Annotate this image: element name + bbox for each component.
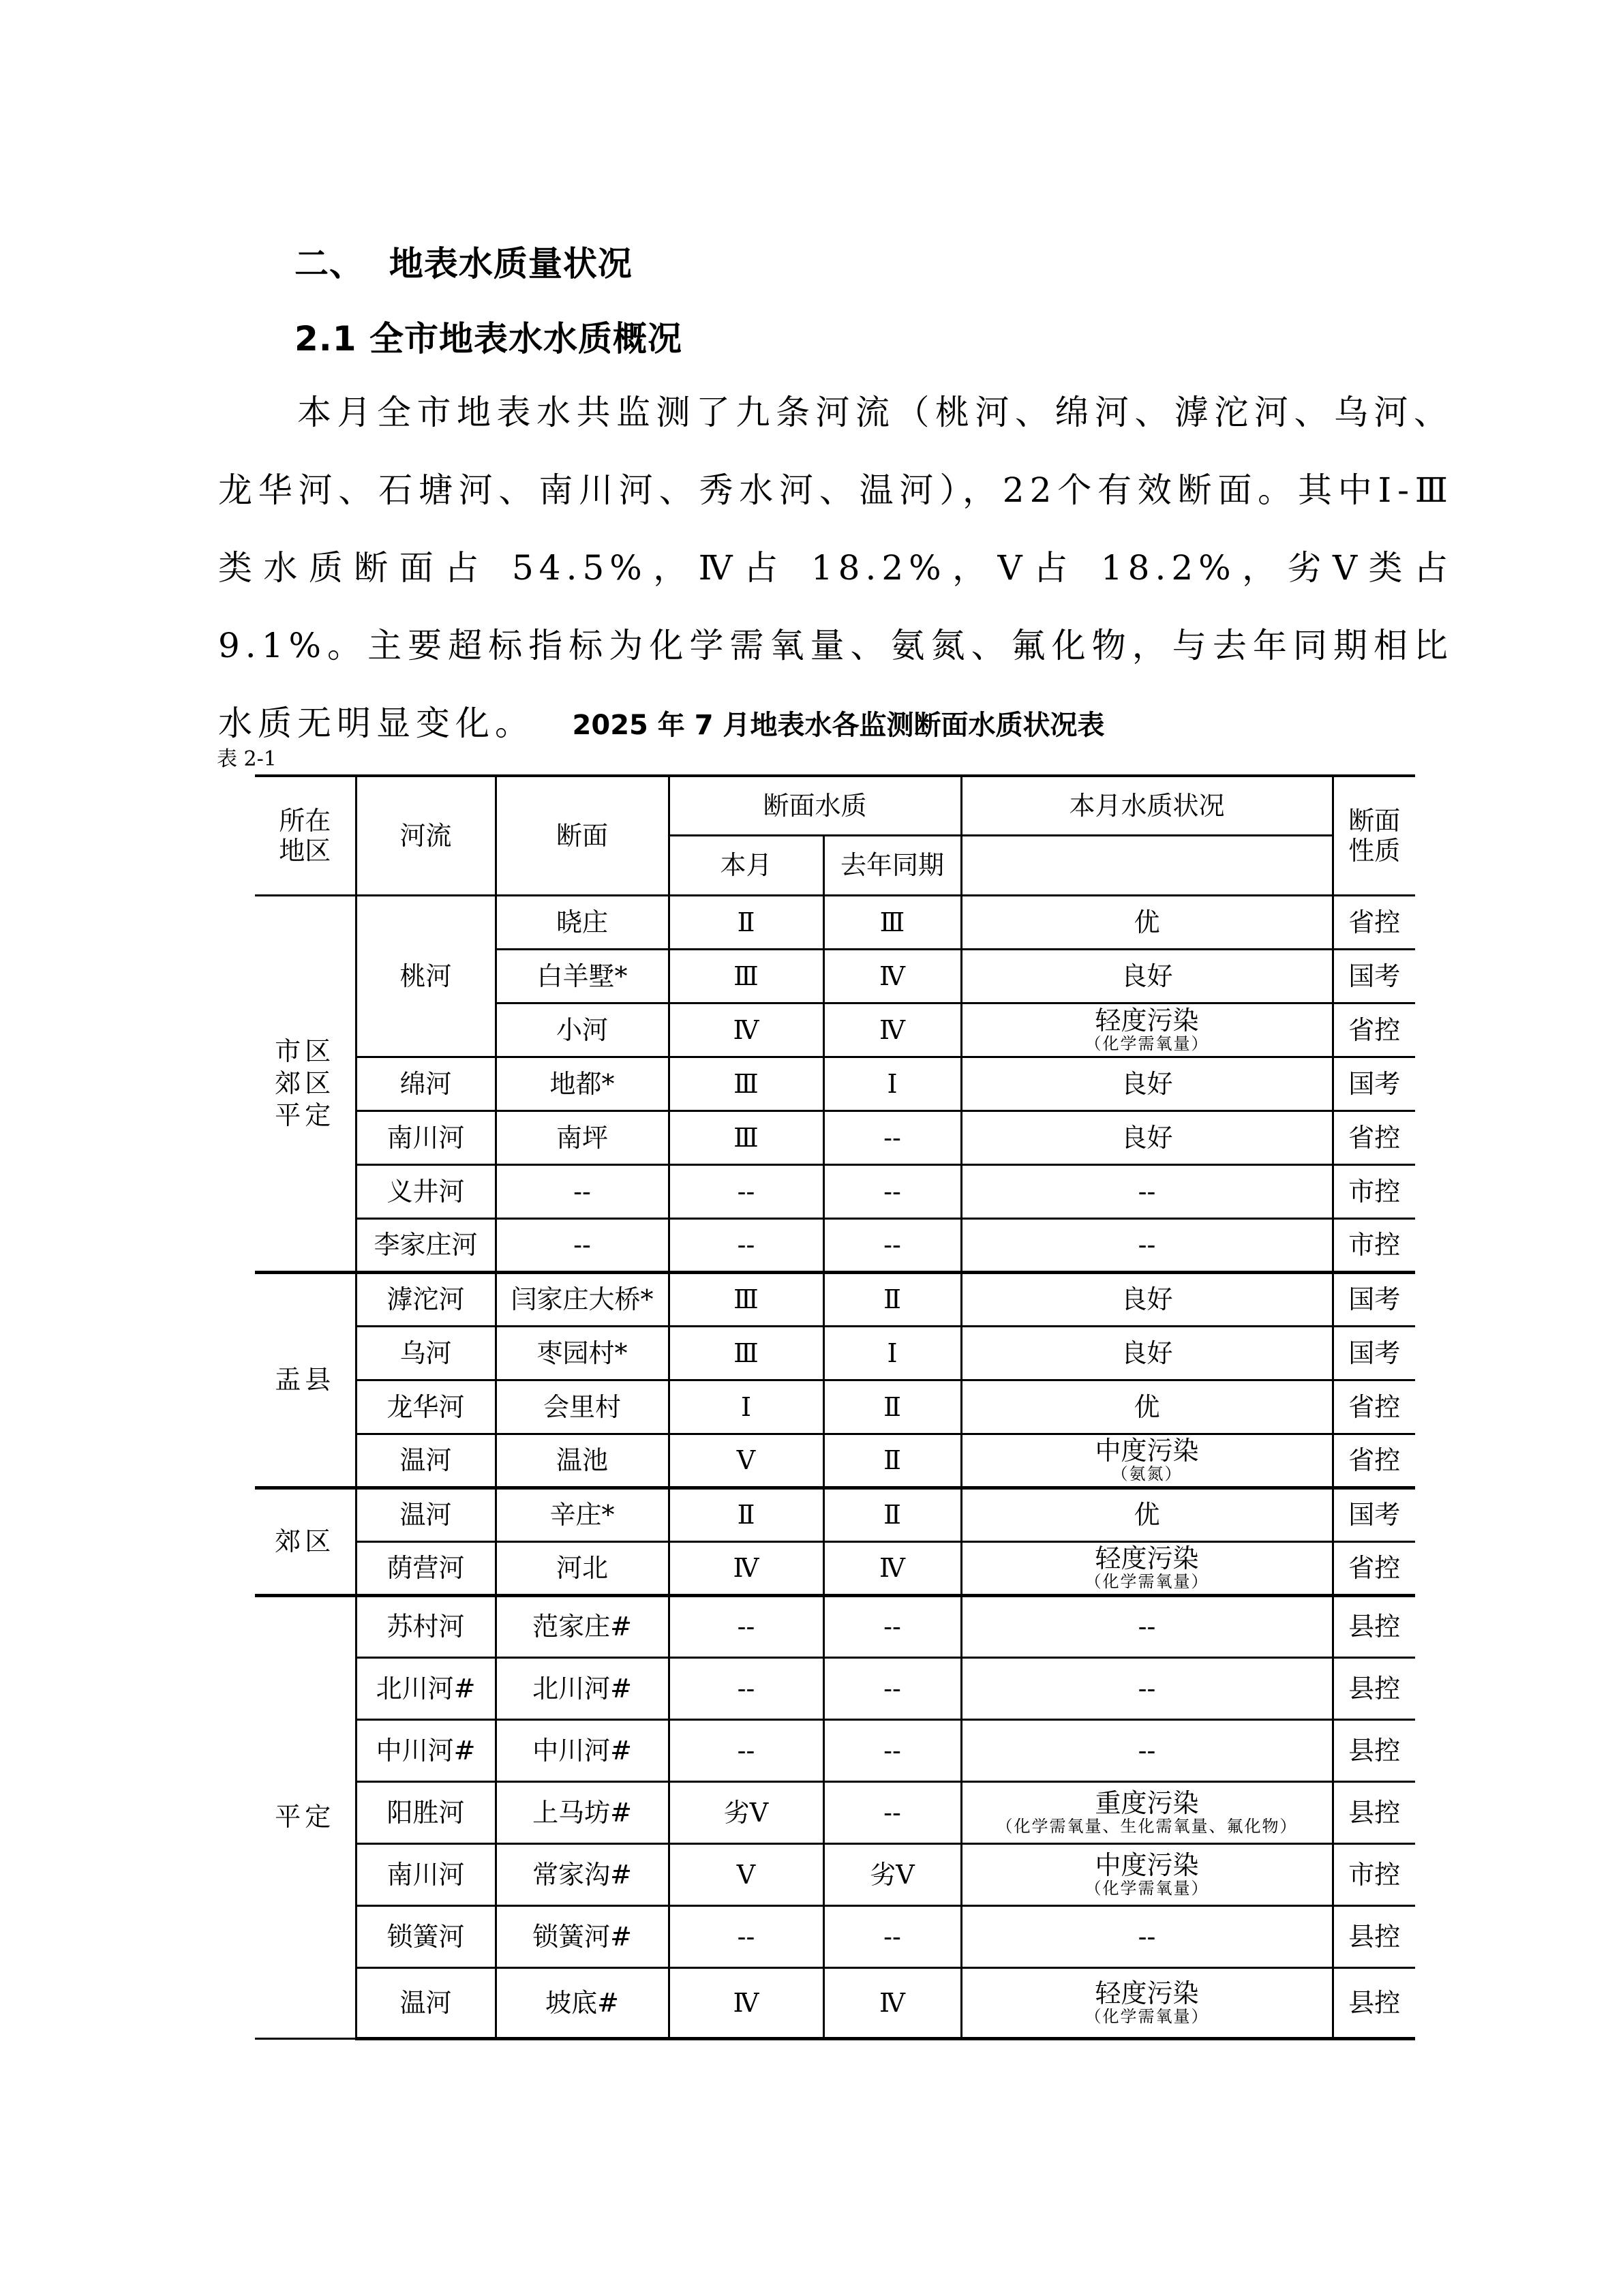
header-row-1: 所在地区 河流 断面 断面水质 本月水质状况 断面性质 bbox=[255, 776, 1415, 835]
pollutant-note: （化学需氧量、生化需氧量、氟化物） bbox=[962, 1817, 1332, 1836]
river-cell: 乌河 bbox=[356, 1326, 496, 1380]
last-year-cell: -- bbox=[823, 1905, 961, 1967]
table-row: 南川河 南坪 Ⅲ -- 良好 省控 bbox=[255, 1111, 1415, 1164]
section-cell: 北川河# bbox=[496, 1657, 669, 1719]
table-row: 绵河 地都* Ⅲ Ⅰ 良好 国考 bbox=[255, 1057, 1415, 1111]
header-last-year: 去年同期 bbox=[823, 835, 961, 895]
table-row: 北川河# 北川河# -- -- -- 县控 bbox=[255, 1657, 1415, 1719]
section-cell: 辛庄* bbox=[496, 1487, 669, 1541]
table-row: 平定 苏村河 范家庄# -- -- -- 县控 bbox=[255, 1595, 1415, 1657]
last-year-cell: -- bbox=[823, 1781, 961, 1843]
nature-cell: 国考 bbox=[1333, 949, 1415, 1003]
nature-cell: 县控 bbox=[1333, 1905, 1415, 1967]
this-month-cell: -- bbox=[669, 1164, 823, 1218]
river-cell: 锁簧河 bbox=[356, 1905, 496, 1967]
section-cell: 南坪 bbox=[496, 1111, 669, 1164]
this-month-cell: Ⅴ bbox=[669, 1434, 823, 1487]
nature-cell: 省控 bbox=[1333, 1003, 1415, 1057]
river-cell: 南川河 bbox=[356, 1843, 496, 1905]
last-year-cell: Ⅳ bbox=[823, 1967, 961, 2038]
status-cell: 轻度污染（化学需氧量） bbox=[961, 1003, 1333, 1057]
last-year-cell: Ⅱ bbox=[823, 1272, 961, 1326]
table-row: 龙华河 会里村 Ⅰ Ⅱ 优 省控 bbox=[255, 1380, 1415, 1434]
subsection-heading: 2.1 全市地表水水质概况 bbox=[294, 315, 682, 363]
last-year-cell: Ⅱ bbox=[823, 1487, 961, 1541]
table-row: 温河 温池 Ⅴ Ⅱ 中度污染（氨氮） 省控 bbox=[255, 1434, 1415, 1487]
header-status-blank bbox=[961, 835, 1333, 895]
pollutant-note: （化学需氧量） bbox=[962, 1572, 1332, 1591]
status-cell: 优 bbox=[961, 1380, 1333, 1434]
region-line: 市区 bbox=[275, 1036, 335, 1066]
header-section: 断面 bbox=[496, 776, 669, 895]
status-cell: -- bbox=[961, 1595, 1333, 1657]
last-year-cell: -- bbox=[823, 1111, 961, 1164]
nature-cell: 省控 bbox=[1333, 1541, 1415, 1595]
river-cell: 荫营河 bbox=[356, 1541, 496, 1595]
this-month-cell: Ⅱ bbox=[669, 895, 823, 949]
river-cell: 阳胜河 bbox=[356, 1781, 496, 1843]
status-cell: 优 bbox=[961, 1487, 1333, 1541]
river-cell: 李家庄河 bbox=[356, 1218, 496, 1272]
this-month-cell: Ⅲ bbox=[669, 1111, 823, 1164]
status-cell: 中度污染（化学需氧量） bbox=[961, 1843, 1333, 1905]
nature-cell: 省控 bbox=[1333, 1434, 1415, 1487]
table-number-label: 表 2-1 bbox=[217, 746, 277, 773]
header-this-month: 本月 bbox=[669, 835, 823, 895]
nature-cell: 省控 bbox=[1333, 1111, 1415, 1164]
region-line: 郊区 bbox=[275, 1526, 335, 1558]
header-nature-line2: 性质 bbox=[1348, 836, 1400, 866]
last-year-cell: -- bbox=[823, 1595, 961, 1657]
pollutant-note: （化学需氧量） bbox=[962, 2007, 1332, 2026]
header-status: 本月水质状况 bbox=[961, 776, 1333, 835]
nature-cell: 县控 bbox=[1333, 1657, 1415, 1719]
river-cell: 滹沱河 bbox=[356, 1272, 496, 1326]
nature-cell: 市控 bbox=[1333, 1164, 1415, 1218]
section-cell: 锁簧河# bbox=[496, 1905, 669, 1967]
section-cell: 上马坊# bbox=[496, 1781, 669, 1843]
section-cell: -- bbox=[496, 1218, 669, 1272]
river-cell: 绵河 bbox=[356, 1057, 496, 1111]
table-row: 义井河 -- -- -- -- 市控 bbox=[255, 1164, 1415, 1218]
nature-cell: 国考 bbox=[1333, 1487, 1415, 1541]
river-cell: 北川河# bbox=[356, 1657, 496, 1719]
this-month-cell: -- bbox=[669, 1905, 823, 1967]
river-cell: 桃河 bbox=[356, 895, 496, 1057]
table-row: 市区郊区平定 桃河 晓庄 Ⅱ Ⅲ 优 省控 bbox=[255, 895, 1415, 949]
last-year-cell: Ⅰ bbox=[823, 1057, 961, 1111]
region-line: 郊区 bbox=[275, 1068, 335, 1098]
river-cell: 温河 bbox=[356, 1487, 496, 1541]
river-cell: 中川河# bbox=[356, 1719, 496, 1781]
summary-paragraph: 本月全市地表水共监测了九条河流（桃河、绵河、滹沱河、乌河、龙华河、石塘河、南川河… bbox=[218, 374, 1453, 762]
this-month-cell: Ⅲ bbox=[669, 1272, 823, 1326]
section-cell: 白羊墅* bbox=[496, 949, 669, 1003]
section-cell: 小河 bbox=[496, 1003, 669, 1057]
last-year-cell: Ⅳ bbox=[823, 1541, 961, 1595]
nature-cell: 县控 bbox=[1333, 1595, 1415, 1657]
table-row: 乌河 枣园村* Ⅲ Ⅰ 良好 国考 bbox=[255, 1326, 1415, 1380]
table-row: 李家庄河 -- -- -- -- 市控 bbox=[255, 1218, 1415, 1272]
table-row: 荫营河 河北 Ⅳ Ⅳ 轻度污染（化学需氧量） 省控 bbox=[255, 1541, 1415, 1595]
last-year-cell: 劣Ⅴ bbox=[823, 1843, 961, 1905]
last-year-cell: Ⅱ bbox=[823, 1380, 961, 1434]
status-cell: -- bbox=[961, 1905, 1333, 1967]
section-cell: 闫家庄大桥* bbox=[496, 1272, 669, 1326]
region-line: 平定 bbox=[275, 1801, 335, 1833]
this-month-cell: Ⅲ bbox=[669, 1326, 823, 1380]
pollutant-note: （化学需氧量） bbox=[962, 1034, 1332, 1053]
river-cell: 温河 bbox=[356, 1434, 496, 1487]
status-cell: -- bbox=[961, 1218, 1333, 1272]
river-cell: 龙华河 bbox=[356, 1380, 496, 1434]
nature-cell: 省控 bbox=[1333, 895, 1415, 949]
this-month-cell: Ⅲ bbox=[669, 1057, 823, 1111]
nature-cell: 国考 bbox=[1333, 1326, 1415, 1380]
status-cell: 优 bbox=[961, 895, 1333, 949]
last-year-cell: Ⅰ bbox=[823, 1326, 961, 1380]
this-month-cell: Ⅱ bbox=[669, 1487, 823, 1541]
this-month-cell: 劣Ⅴ bbox=[669, 1781, 823, 1843]
header-river: 河流 bbox=[356, 776, 496, 895]
region-cell: 盂县 bbox=[255, 1272, 356, 1487]
this-month-cell: -- bbox=[669, 1657, 823, 1719]
table-row: 阳胜河 上马坊# 劣Ⅴ -- 重度污染（化学需氧量、生化需氧量、氟化物） 县控 bbox=[255, 1781, 1415, 1843]
this-month-cell: -- bbox=[669, 1595, 823, 1657]
this-month-cell: Ⅰ bbox=[669, 1380, 823, 1434]
region-cell: 市区郊区平定 bbox=[255, 895, 356, 1272]
this-month-cell: Ⅲ bbox=[669, 949, 823, 1003]
header-region-line2: 地区 bbox=[279, 836, 331, 866]
water-quality-table: 所在地区 河流 断面 断面水质 本月水质状况 断面性质 本月 去年同期 市区郊区… bbox=[255, 774, 1415, 2040]
this-month-cell: -- bbox=[669, 1719, 823, 1781]
table-row: 温河 坡底# Ⅳ Ⅳ 轻度污染（化学需氧量） 县控 bbox=[255, 1967, 1415, 2038]
nature-cell: 县控 bbox=[1333, 1781, 1415, 1843]
status-text: 轻度污染 bbox=[962, 1007, 1332, 1034]
last-year-cell: -- bbox=[823, 1164, 961, 1218]
header-region: 所在地区 bbox=[255, 776, 356, 895]
section-cell: 地都* bbox=[496, 1057, 669, 1111]
status-text: 轻度污染 bbox=[962, 1980, 1332, 2007]
status-text: 中度污染 bbox=[962, 1852, 1332, 1879]
last-year-cell: Ⅱ bbox=[823, 1434, 961, 1487]
last-year-cell: Ⅲ bbox=[823, 895, 961, 949]
status-cell: 中度污染（氨氮） bbox=[961, 1434, 1333, 1487]
region-line: 平定 bbox=[275, 1100, 335, 1130]
table-row: 锁簧河 锁簧河# -- -- -- 县控 bbox=[255, 1905, 1415, 1967]
last-year-cell: Ⅳ bbox=[823, 949, 961, 1003]
last-year-cell: -- bbox=[823, 1218, 961, 1272]
river-cell: 义井河 bbox=[356, 1164, 496, 1218]
status-cell: -- bbox=[961, 1164, 1333, 1218]
pollutant-note: （化学需氧量） bbox=[962, 1879, 1332, 1898]
header-nature: 断面性质 bbox=[1333, 776, 1415, 895]
nature-cell: 市控 bbox=[1333, 1843, 1415, 1905]
section-heading: 二、 地表水质量状况 bbox=[294, 240, 633, 288]
region-cell: 郊区 bbox=[255, 1487, 356, 1595]
nature-cell: 县控 bbox=[1333, 1967, 1415, 2038]
last-year-cell: -- bbox=[823, 1657, 961, 1719]
table-row: 南川河 常家沟# Ⅴ 劣Ⅴ 中度污染（化学需氧量） 市控 bbox=[255, 1843, 1415, 1905]
table-row: 郊区 温河 辛庄* Ⅱ Ⅱ 优 国考 bbox=[255, 1487, 1415, 1541]
status-text: 中度污染 bbox=[962, 1437, 1332, 1464]
last-year-cell: -- bbox=[823, 1719, 961, 1781]
header-nature-line1: 断面 bbox=[1348, 806, 1400, 836]
section-cell: 坡底# bbox=[496, 1967, 669, 2038]
river-cell: 南川河 bbox=[356, 1111, 496, 1164]
nature-cell: 省控 bbox=[1333, 1380, 1415, 1434]
section-cell: 晓庄 bbox=[496, 895, 669, 949]
pollutant-note: （氨氮） bbox=[962, 1464, 1332, 1483]
river-cell: 苏村河 bbox=[356, 1595, 496, 1657]
status-cell: 重度污染（化学需氧量、生化需氧量、氟化物） bbox=[961, 1781, 1333, 1843]
status-cell: 良好 bbox=[961, 1272, 1333, 1326]
status-cell: -- bbox=[961, 1657, 1333, 1719]
status-cell: 良好 bbox=[961, 1326, 1333, 1380]
region-cell: 平定 bbox=[255, 1595, 356, 2038]
status-text: 重度污染 bbox=[962, 1789, 1332, 1817]
this-month-cell: Ⅳ bbox=[669, 1967, 823, 2038]
section-cell: 温池 bbox=[496, 1434, 669, 1487]
section-cell: 中川河# bbox=[496, 1719, 669, 1781]
region-line: 盂县 bbox=[275, 1364, 335, 1396]
header-region-line1: 所在 bbox=[279, 806, 331, 836]
status-cell: 良好 bbox=[961, 1057, 1333, 1111]
nature-cell: 县控 bbox=[1333, 1719, 1415, 1781]
table-row: 盂县 滹沱河 闫家庄大桥* Ⅲ Ⅱ 良好 国考 bbox=[255, 1272, 1415, 1326]
status-text: 轻度污染 bbox=[962, 1545, 1332, 1572]
status-cell: 良好 bbox=[961, 949, 1333, 1003]
status-cell: 轻度污染（化学需氧量） bbox=[961, 1541, 1333, 1595]
this-month-cell: Ⅳ bbox=[669, 1003, 823, 1057]
section-cell: 常家沟# bbox=[496, 1843, 669, 1905]
nature-cell: 国考 bbox=[1333, 1272, 1415, 1326]
table-title: 2025 年 7 月地表水各监测断面水质状况表 bbox=[259, 705, 1418, 746]
section-cell: 河北 bbox=[496, 1541, 669, 1595]
status-cell: -- bbox=[961, 1719, 1333, 1781]
section-cell: 范家庄# bbox=[496, 1595, 669, 1657]
this-month-cell: -- bbox=[669, 1218, 823, 1272]
status-cell: 轻度污染（化学需氧量） bbox=[961, 1967, 1333, 2038]
river-cell: 温河 bbox=[356, 1967, 496, 2038]
this-month-cell: Ⅴ bbox=[669, 1843, 823, 1905]
status-cell: 良好 bbox=[961, 1111, 1333, 1164]
section-cell: 枣园村* bbox=[496, 1326, 669, 1380]
nature-cell: 市控 bbox=[1333, 1218, 1415, 1272]
this-month-cell: Ⅳ bbox=[669, 1541, 823, 1595]
table-row: 中川河# 中川河# -- -- -- 县控 bbox=[255, 1719, 1415, 1781]
section-cell: -- bbox=[496, 1164, 669, 1218]
header-quality-group: 断面水质 bbox=[669, 776, 961, 835]
section-cell: 会里村 bbox=[496, 1380, 669, 1434]
nature-cell: 国考 bbox=[1333, 1057, 1415, 1111]
last-year-cell: Ⅳ bbox=[823, 1003, 961, 1057]
